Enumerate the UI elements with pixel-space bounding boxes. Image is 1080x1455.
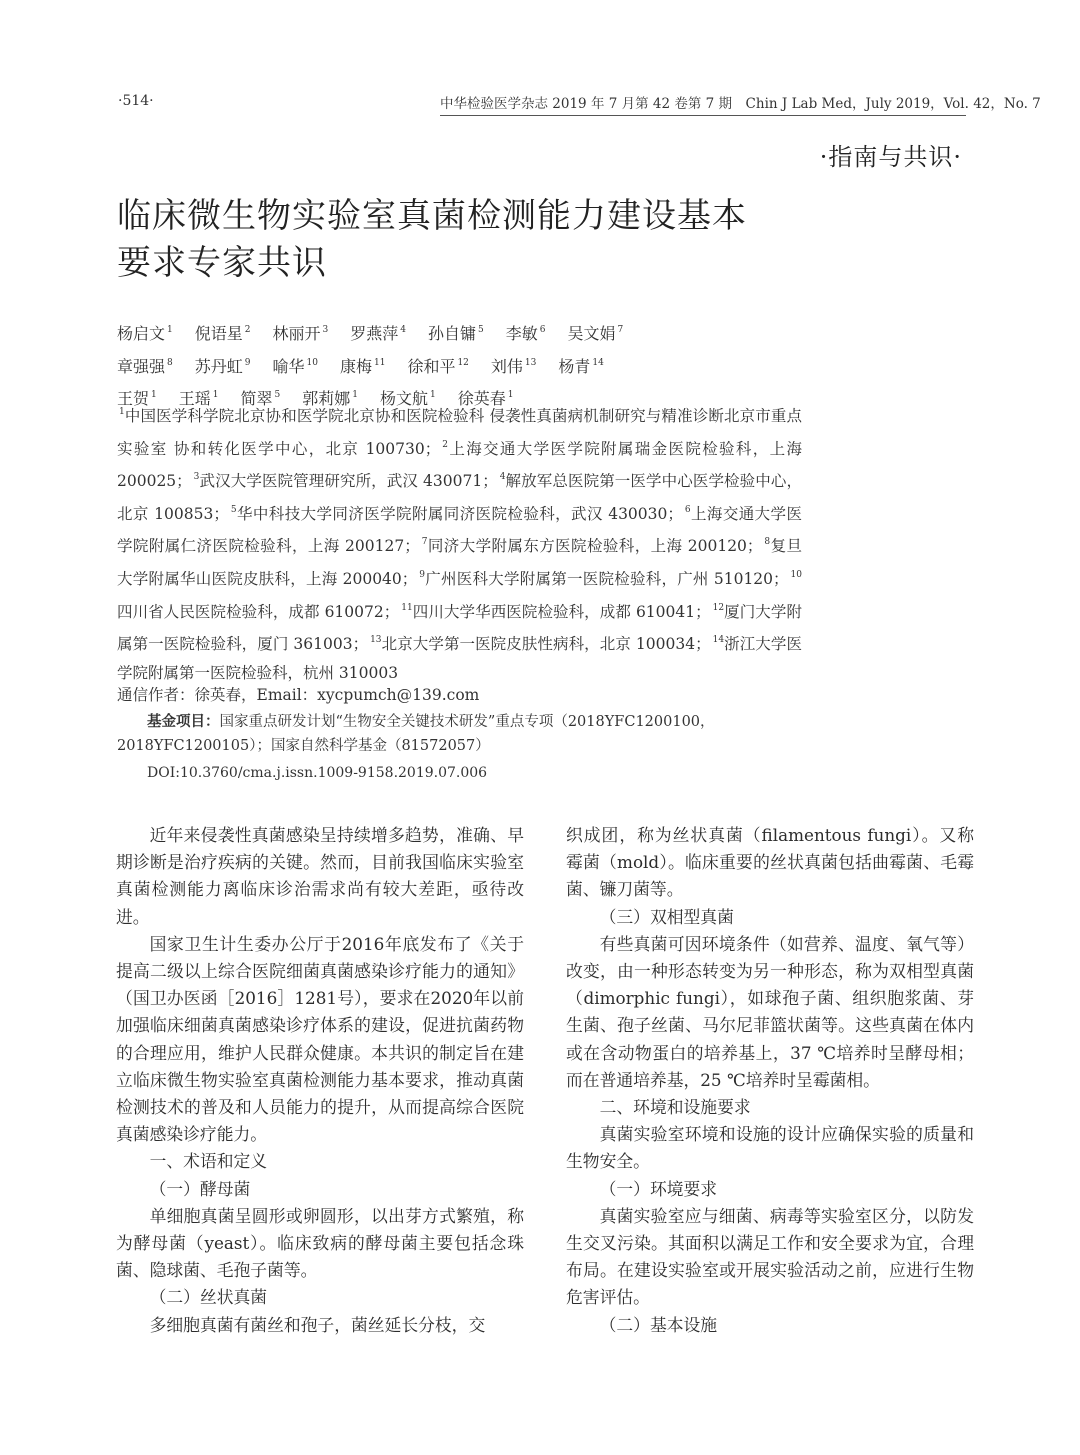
paragraph: 有些真菌可因环境条件（如营养、温度、氧气等）改变，由一种形态转变为另一种形态，称… bbox=[566, 931, 974, 1094]
funding: 基金项目：国家重点研发计划“生物安全关键技术研发”重点专项（2018YFC120… bbox=[117, 710, 817, 758]
author-line: 章强强8苏丹虹9喻华10康梅11徐和平12刘伟13杨青14 bbox=[117, 349, 817, 382]
author: 康梅11 bbox=[340, 357, 385, 376]
doi: DOI:10.3760/cma.j.issn.1009-9158.2019.07… bbox=[147, 765, 487, 781]
author: 孙自镛5 bbox=[428, 324, 484, 343]
paragraph: 单细胞真菌呈圆形或卵圆形，以出芽方式繁殖，称为酵母菌（yeast）。临床致病的酵… bbox=[116, 1203, 524, 1285]
affiliation-text: 四川大学华西医院检验科，成都 610041； bbox=[413, 603, 711, 621]
affiliation-marker: 9 bbox=[245, 358, 251, 368]
author: 倪语星2 bbox=[195, 324, 251, 343]
corresponding-author: 通信作者：徐英春，Email：xycpumch@139.com bbox=[117, 683, 479, 705]
affiliation-text: 北京大学第一医院皮肤性病科，北京 100034； bbox=[382, 635, 711, 653]
author-name: 孙自镛 bbox=[428, 324, 476, 343]
author: 刘伟13 bbox=[491, 357, 536, 376]
author-name: 吴文娟 bbox=[568, 324, 616, 343]
author: 吴文娟7 bbox=[568, 324, 624, 343]
author: 杨启文1 bbox=[117, 324, 173, 343]
author-name: 章强强 bbox=[117, 357, 165, 376]
section-heading: 一、术语和定义 bbox=[116, 1148, 524, 1175]
author: 李敏6 bbox=[506, 324, 546, 343]
affiliation-marker: 6 bbox=[540, 325, 546, 335]
affiliation-number: 10 bbox=[791, 570, 802, 580]
affiliation-number: 14 bbox=[713, 635, 724, 645]
article-title: 临床微生物实验室真菌检测能力建设基本 要求专家共识 bbox=[117, 193, 837, 287]
body-column-left: 近年来侵袭性真菌感染呈持续增多趋势，准确、早期诊断是治疗疾病的关键。然而，目前我… bbox=[116, 822, 524, 1339]
title-line-2: 要求专家共识 bbox=[117, 240, 837, 287]
column-tag: ·指南与共识· bbox=[820, 137, 962, 172]
author-name: 罗燕萍 bbox=[350, 324, 398, 343]
affiliation-text: 广州医科大学附属第一医院检验科，广州 510120； bbox=[425, 570, 789, 588]
paragraph-continued: 织成团，称为丝状真菌（filamentous fungi）。又称霉菌（mold）… bbox=[566, 822, 974, 904]
page-number: ·514· bbox=[118, 93, 154, 109]
paragraph: 近年来侵袭性真菌感染呈持续增多趋势，准确、早期诊断是治疗疾病的关键。然而，目前我… bbox=[116, 822, 524, 931]
author: 章强强8 bbox=[117, 357, 173, 376]
author-name: 喻华 bbox=[273, 357, 305, 376]
affiliation-text: 四川省人民医院检验科，成都 610072； bbox=[117, 603, 399, 621]
author: 徐和平12 bbox=[407, 357, 468, 376]
corresponding-label: 通信作者： bbox=[117, 686, 195, 704]
affiliation-marker: 2 bbox=[245, 325, 251, 335]
section-heading: （二）丝状真菌 bbox=[116, 1284, 524, 1311]
affiliation-marker: 4 bbox=[400, 325, 406, 335]
affiliation-marker: 13 bbox=[525, 358, 536, 368]
paragraph: 国家卫生计生委办公厅于2016年底发布了《关于提高二级以上综合医院细菌真菌感染诊… bbox=[116, 931, 524, 1149]
author-name: 杨青 bbox=[558, 357, 590, 376]
section-heading: 二、环境和设施要求 bbox=[566, 1094, 974, 1121]
section-heading: （一）酵母菌 bbox=[116, 1176, 524, 1203]
section-heading: （一）环境要求 bbox=[566, 1176, 974, 1203]
affiliation-marker: 12 bbox=[457, 358, 468, 368]
author-name: 李敏 bbox=[506, 324, 538, 343]
corresponding-value: 徐英春，Email：xycpumch@139.com bbox=[195, 686, 480, 704]
author: 苏丹虹9 bbox=[195, 357, 251, 376]
affiliation-marker: 10 bbox=[307, 358, 318, 368]
funding-label: 基金项目： bbox=[147, 714, 220, 730]
author: 罗燕萍4 bbox=[350, 324, 406, 343]
author: 杨青14 bbox=[558, 357, 603, 376]
author: 林丽开3 bbox=[273, 324, 329, 343]
section-heading: （三）双相型真菌 bbox=[566, 904, 974, 931]
author-name: 倪语星 bbox=[195, 324, 243, 343]
affiliation-text: 同济大学附属东方医院检验科，上海 200120； bbox=[427, 537, 762, 555]
body-column-right: 织成团，称为丝状真菌（filamentous fungi）。又称霉菌（mold）… bbox=[566, 822, 974, 1339]
paragraph: 真菌实验室环境和设施的设计应确保实验的质量和生物安全。 bbox=[566, 1121, 974, 1175]
affiliation-number: 11 bbox=[401, 603, 412, 613]
author-name: 林丽开 bbox=[273, 324, 321, 343]
author-name: 苏丹虹 bbox=[195, 357, 243, 376]
author-name: 刘伟 bbox=[491, 357, 523, 376]
affiliation-marker: 7 bbox=[618, 325, 624, 335]
title-line-1: 临床微生物实验室真菌检测能力建设基本 bbox=[117, 193, 837, 240]
author-name: 杨启文 bbox=[117, 324, 165, 343]
affiliation-text: 华中科技大学同济医学院附属同济医院检验科，武汉 430030； bbox=[237, 505, 683, 523]
affiliation-marker: 11 bbox=[374, 358, 385, 368]
affiliation-number: 12 bbox=[713, 603, 724, 613]
paragraph: 真菌实验室应与细菌、病毒等实验室区分，以防发生交叉污染。其面积以满足工作和安全要… bbox=[566, 1203, 974, 1312]
running-head: 中华检验医学杂志 2019 年 7 月第 42 卷第 7 期 Chin J La… bbox=[440, 92, 966, 116]
affiliations: 1中国医学科学院北京协和医学院北京协和医院检验科 侵袭性真菌病机制研究与精准诊断… bbox=[117, 398, 802, 687]
paragraph: 多细胞真菌有菌丝和孢子，菌丝延长分枝，交 bbox=[116, 1312, 524, 1339]
author-name: 康梅 bbox=[340, 357, 372, 376]
affiliation-marker: 5 bbox=[478, 325, 484, 335]
section-heading: （二）基本设施 bbox=[566, 1312, 974, 1339]
affiliation-marker: 14 bbox=[592, 358, 603, 368]
author-name: 徐和平 bbox=[407, 357, 455, 376]
affiliation-marker: 8 bbox=[167, 358, 173, 368]
affiliation-number: 13 bbox=[370, 635, 381, 645]
affiliation-text: 武汉大学医院管理研究所，武汉 430071； bbox=[199, 472, 497, 490]
author: 喻华10 bbox=[273, 357, 318, 376]
affiliation-marker: 1 bbox=[167, 325, 173, 335]
author-line: 杨启文1倪语星2林丽开3罗燕萍4孙自镛5李敏6吴文娟7 bbox=[117, 316, 817, 349]
affiliation-marker: 3 bbox=[323, 325, 329, 335]
